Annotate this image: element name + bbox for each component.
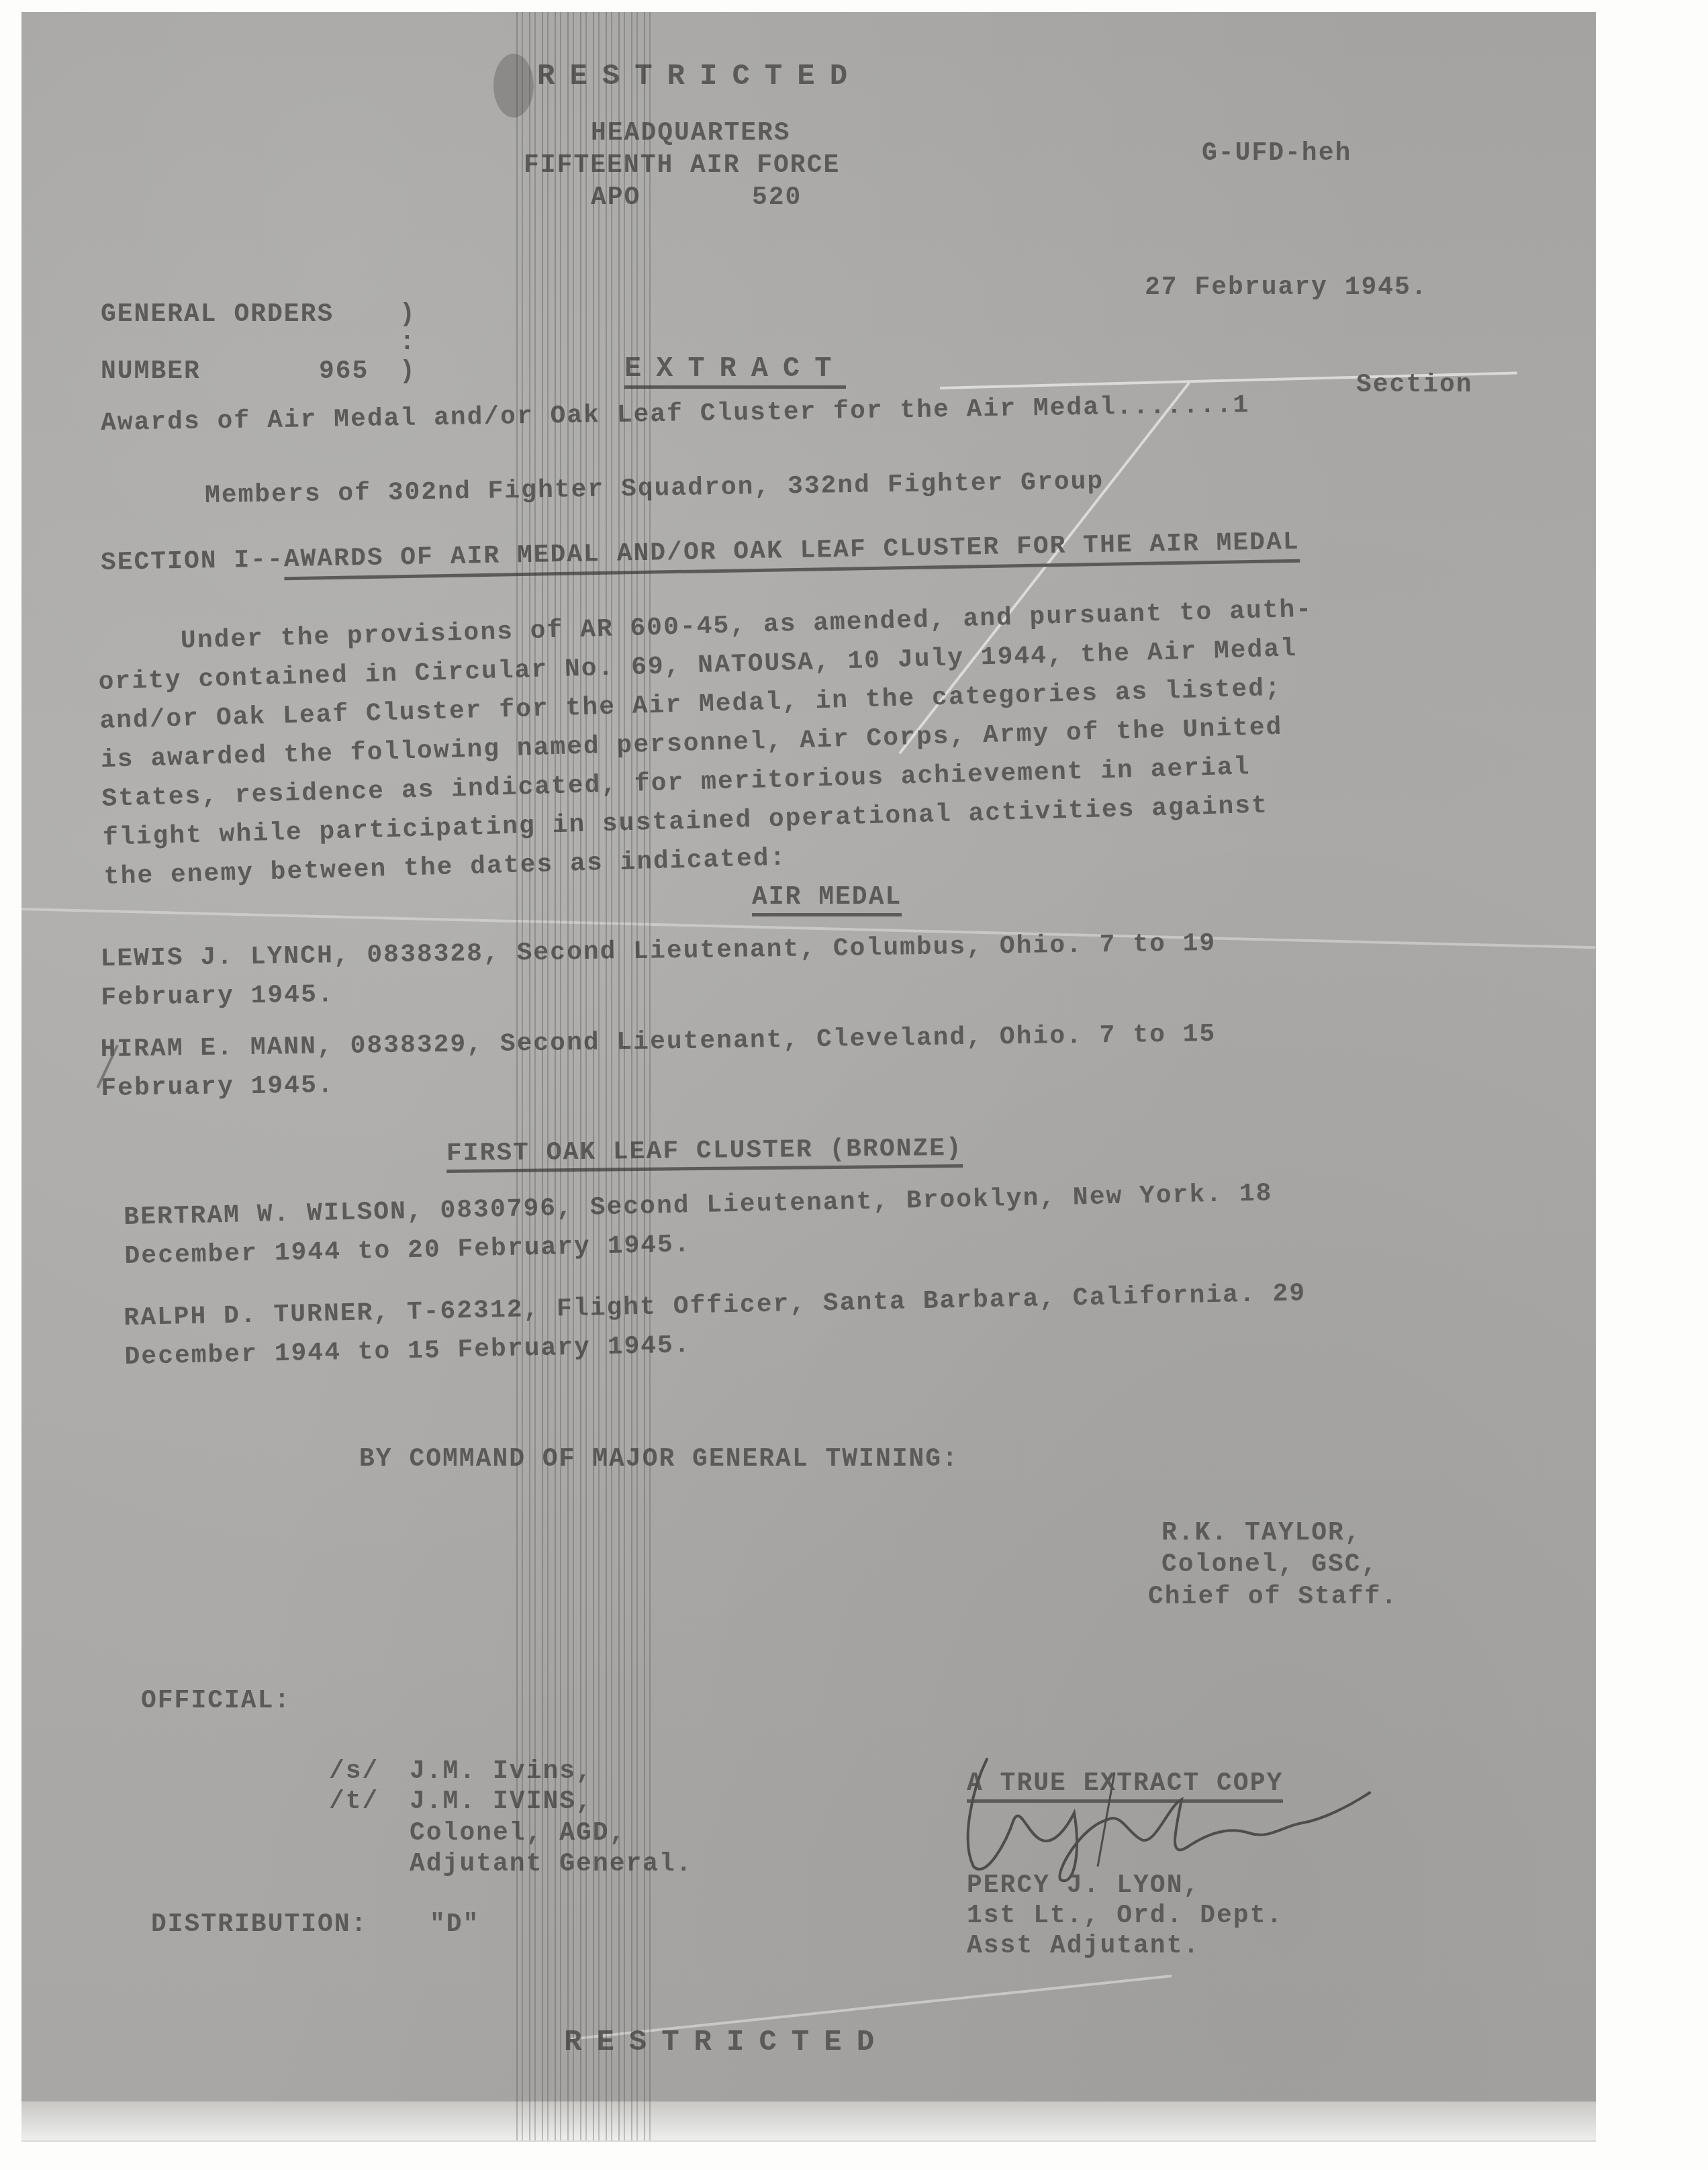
- bracket: ): [399, 302, 416, 328]
- paper-bottom-edge: [21, 2102, 1596, 2140]
- chief-of-staff-name: R.K. TAYLOR,: [1161, 1521, 1362, 1546]
- typed-name: J.M. IVINS,: [410, 1789, 593, 1815]
- general-orders-label: GENERAL ORDERS: [101, 302, 334, 328]
- header-apo-label: APO: [591, 185, 640, 211]
- official-title: Adjutant General.: [410, 1852, 693, 1877]
- certifier-title: Asst Adjutant.: [967, 1934, 1200, 1959]
- distribution-label: DISTRIBUTION:: [151, 1912, 367, 1938]
- signed-prefix: /s/: [329, 1759, 379, 1785]
- header-apo-number: 520: [752, 185, 802, 211]
- order-number: 965: [319, 359, 369, 385]
- chief-of-staff-rank: Colonel, GSC,: [1161, 1552, 1378, 1578]
- command-line: BY COMMAND OF MAJOR GENERAL TWINING:: [359, 1447, 959, 1472]
- section-prefix: SECTION I--: [101, 545, 285, 577]
- official-label: OFFICIAL:: [141, 1689, 291, 1714]
- air-medal-heading: AIR MEDAL: [752, 885, 902, 916]
- certifier-rank: 1st Lt., Ord. Dept.: [967, 1903, 1283, 1929]
- reference-code: G-UFD-heh: [1202, 141, 1351, 167]
- header-air-force: FIFTEENTH AIR FORCE: [524, 153, 840, 179]
- classification-top: RESTRICTED: [537, 62, 862, 91]
- classification-bottom: RESTRICTED: [564, 2028, 889, 2057]
- chief-of-staff-title: Chief of Staff.: [1148, 1585, 1398, 1610]
- body-paragraph: Under the provisions of AR 600-45, as am…: [97, 591, 1319, 897]
- header-headquarters: HEADQUARTERS: [591, 121, 791, 146]
- extract-title: EXTRACT: [624, 355, 846, 389]
- oak-leaf-cluster-heading: FIRST OAK LEAF CLUSTER (BRONZE): [446, 1136, 963, 1173]
- award-entry: LEWIS J. LYNCH, 0838328, Second Lieutena…: [100, 925, 1217, 1018]
- typed-prefix: /t/: [329, 1789, 379, 1815]
- ink-blot: [493, 54, 534, 117]
- number-label: NUMBER: [101, 359, 201, 385]
- award-entry: HIRAM E. MANN, 0838329, Second Lieutenan…: [100, 1015, 1217, 1108]
- section-column-label: Section: [1356, 373, 1473, 398]
- bracket: ): [399, 359, 416, 385]
- bracket-colon: :: [399, 330, 416, 356]
- official-rank: Colonel, AGD,: [410, 1821, 626, 1846]
- distribution-value: "D": [430, 1912, 479, 1938]
- order-date: 27 February 1945.: [1145, 275, 1428, 301]
- certifier-name: PERCY J. LYON,: [967, 1873, 1200, 1899]
- signed-name: J.M. Ivins,: [410, 1759, 593, 1785]
